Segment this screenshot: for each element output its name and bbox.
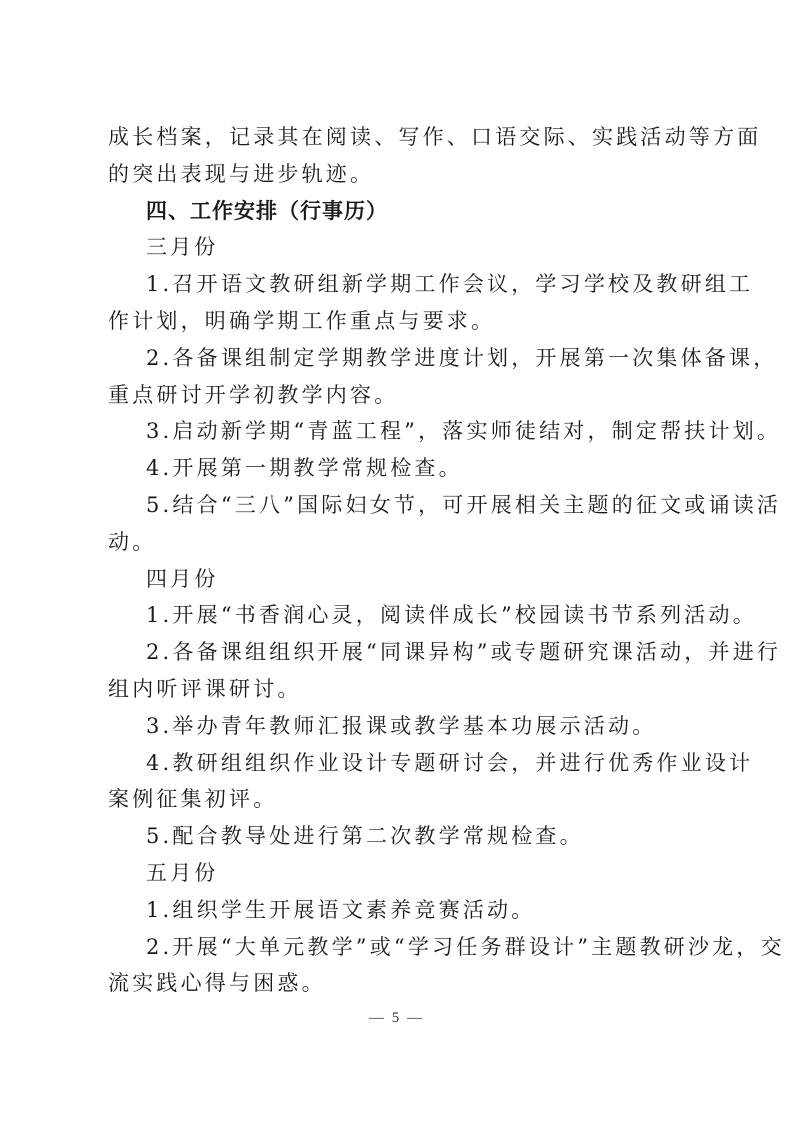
section-heading: 四、工作安排（行事历） <box>108 193 688 230</box>
list-item: 1.组织学生开展语文素养竞赛活动。 <box>108 892 688 929</box>
list-item-continuation: 动。 <box>108 524 688 561</box>
list-item: 1.召开语文教研组新学期工作会议，学习学校及教研组工 <box>108 266 688 303</box>
month-label-april: 四月份 <box>108 561 688 598</box>
list-item: 4.开展第一期教学常规检查。 <box>108 450 688 487</box>
list-item: 4.教研组组织作业设计专题研讨会，并进行优秀作业设计 <box>108 745 688 782</box>
month-label-march: 三月份 <box>108 229 688 266</box>
list-item: 2.开展“大单元教学”或“学习任务群设计”主题教研沙龙，交 <box>108 929 688 966</box>
page-number: — 5 — <box>0 1010 793 1027</box>
list-item: 1.开展“书香润心灵，阅读伴成长”校园读书节系列活动。 <box>108 597 688 634</box>
list-item: 2.各备课组制定学期教学进度计划，开展第一次集体备课， <box>108 340 688 377</box>
list-item: 2.各备课组组织开展“同课异构”或专题研究课活动，并进行 <box>108 634 688 671</box>
list-item-continuation: 组内听评课研讨。 <box>108 671 688 708</box>
list-item: 5.配合教导处进行第二次教学常规检查。 <box>108 818 688 855</box>
document-page: 成长档案，记录其在阅读、写作、口语交际、实践活动等方面 的突出表现与进步轨迹。 … <box>108 119 688 1002</box>
list-item-continuation: 案例征集初评。 <box>108 781 688 818</box>
list-item-continuation: 作计划，明确学期工作重点与要求。 <box>108 303 688 340</box>
intro-line: 成长档案，记录其在阅读、写作、口语交际、实践活动等方面 <box>108 119 688 156</box>
month-label-may: 五月份 <box>108 855 688 892</box>
list-item-continuation: 重点研讨开学初教学内容。 <box>108 377 688 414</box>
list-item: 3.启动新学期“青蓝工程”，落实师徒结对，制定帮扶计划。 <box>108 413 688 450</box>
intro-line: 的突出表现与进步轨迹。 <box>108 156 688 193</box>
list-item: 5.结合“三八”国际妇女节，可开展相关主题的征文或诵读活 <box>108 487 688 524</box>
list-item: 3.举办青年教师汇报课或教学基本功展示活动。 <box>108 708 688 745</box>
list-item-continuation: 流实践心得与困惑。 <box>108 965 688 1002</box>
